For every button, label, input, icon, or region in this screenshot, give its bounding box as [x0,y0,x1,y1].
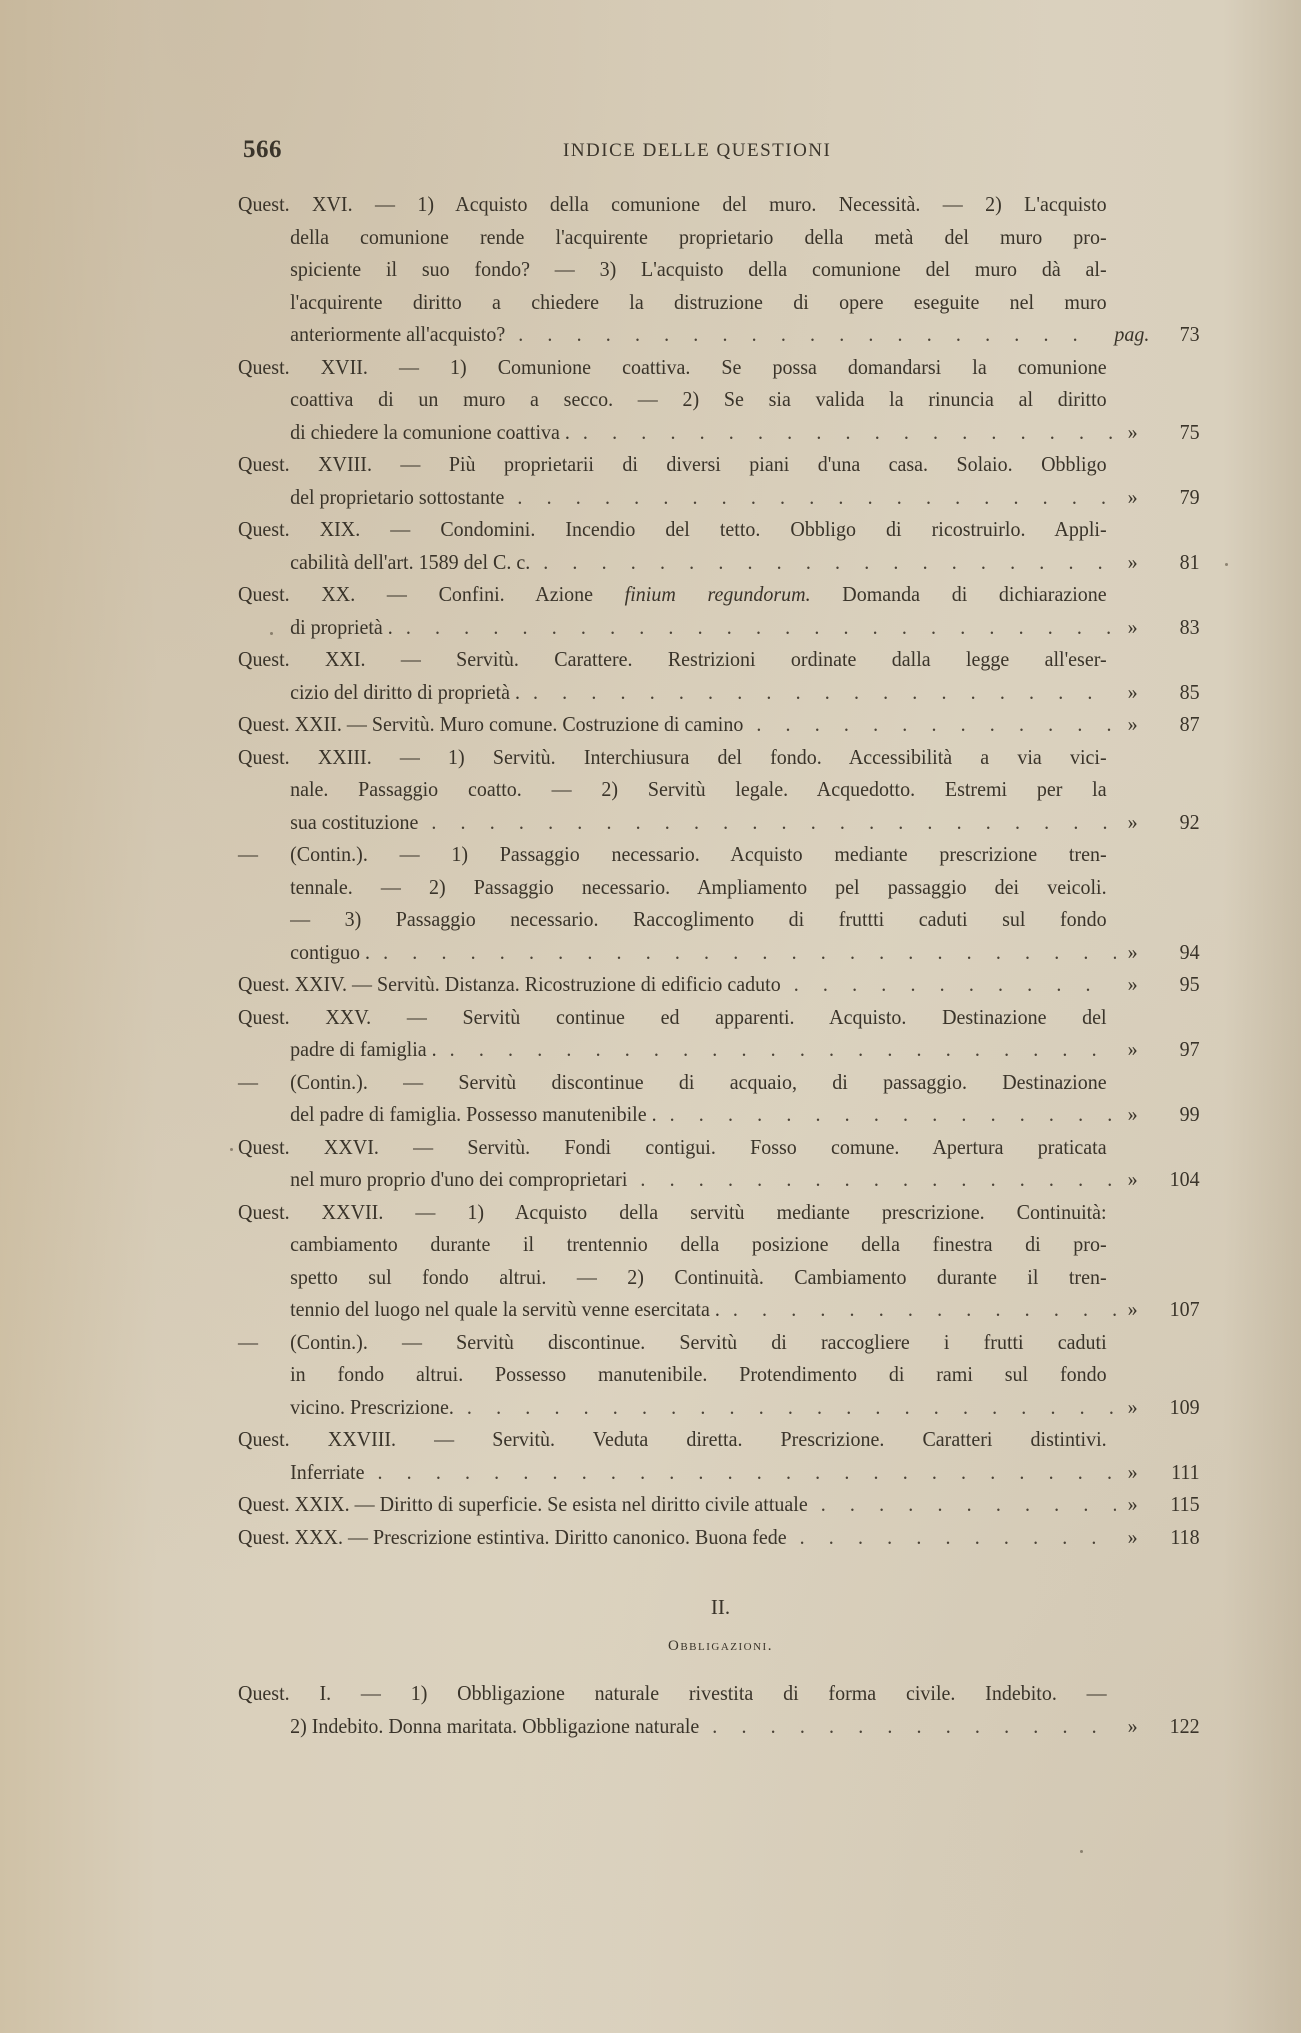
dot-leaders: .............................. [370,936,1116,969]
entry-text: — 3) Passaggio necessario. Raccoglimento… [290,903,1107,936]
ditto-mark: » [1116,1098,1149,1131]
entry-heading-line: Quest. XVI. — 1) Acquisto della comunion… [238,188,1135,221]
entry-text: della comunione rende l'acquirente propr… [290,221,1107,254]
entry-last-line: anteriormente all'acquisto?.............… [238,318,1135,351]
running-title: INDICE DELLE QUESTIONI [563,140,831,162]
section-number: II. [238,1595,1203,1620]
entry-text: (Contin.). — 1) Passaggio necessario. Ac… [290,838,1107,871]
dot-leaders: .............................. [504,481,1116,514]
entry-last-line: vicino. Prescrizione....................… [238,1391,1135,1424]
entry-text: nale. Passaggio coatto. — 2) Servitù leg… [290,773,1107,806]
toc-entry: Quest. XXIII. — 1) Servitù. Interchiusur… [238,741,1203,839]
leader-row: Quest. XXII. — Servitù. Muro comune. Cos… [238,708,1200,741]
page-ref[interactable]: 94 [1149,936,1199,969]
entry-text-line: nale. Passaggio coatto. — 2) Servitù leg… [238,773,1135,806]
entry-text: cabilità dell'art. 1589 del C. c. [290,546,530,579]
entry-text: Quest. XXV. — Servitù continue ed appare… [238,1001,1107,1034]
entry-heading-line: Quest. XIX. — Condomini. Incendio del te… [238,513,1135,546]
page-ref[interactable]: 97 [1149,1033,1199,1066]
entry-text-line: cambiamento durante il trentennio della … [238,1228,1135,1261]
ditto-mark: » [1116,1710,1149,1743]
entry-last-line: Quest. XXIX. — Diritto di superficie. Se… [238,1488,1135,1521]
leader-row: nel muro proprio d'uno dei comproprietar… [290,1163,1200,1196]
page-abbrev: pag. [1101,318,1149,351]
leader-row: Quest. XXX. — Prescrizione estintiva. Di… [238,1521,1200,1554]
ditto-mark: » [1116,1293,1149,1326]
entry-text-line: spetto sul fondo altrui. — 2) Continuità… [238,1261,1135,1294]
page-number: 566 [243,136,282,164]
entry-heading-line: Quest. XVIII. — Più proprietarii di dive… [238,448,1135,481]
entry-text: Quest. XXX. — Prescrizione estintiva. Di… [238,1521,787,1554]
toc-entry: Quest. XXV. — Servitù continue ed appare… [238,1001,1203,1066]
continuation-dash: — [238,1326,290,1359]
ditto-mark: » [1116,1456,1149,1489]
toc-entry: Quest. XVIII. — Più proprietarii di dive… [238,448,1203,513]
entry-text-pre: Quest. XX. — Confini. Azione [238,582,625,606]
entry-text-line: coattiva di un muro a secco. — 2) Se sia… [238,383,1135,416]
ditto-mark: » [1116,1391,1149,1424]
page-ref[interactable]: 95 [1149,968,1199,1001]
paper-speck [230,1148,233,1151]
entry-text: Quest. XXI. — Servitù. Carattere. Restri… [238,643,1107,676]
ditto-mark: » [1116,708,1149,741]
entry-text: tennio del luogo nel quale la servitù ve… [290,1293,720,1326]
entry-last-line: Quest. XXX. — Prescrizione estintiva. Di… [238,1521,1135,1554]
toc-entry: Quest. XXVIII. — Servitù. Veduta diretta… [238,1423,1203,1488]
entry-text: spetto sul fondo altrui. — 2) Continuità… [290,1261,1107,1294]
leader-row: cizio del diritto di proprietà .........… [290,676,1200,709]
entry-text-line: spiciente il suo fondo? — 3) L'acquisto … [238,253,1135,286]
entry-heading-line: Quest. XXI. — Servitù. Carattere. Restri… [238,643,1135,676]
dot-leaders: .............................. [393,611,1116,644]
toc-entry: Quest. XXI. — Servitù. Carattere. Restri… [238,643,1203,708]
dot-leaders: .............................. [657,1098,1116,1131]
book-page: 566 INDICE DELLE QUESTIONI Quest. XVI. —… [0,0,1301,2033]
dot-leaders: .............................. [787,1521,1116,1554]
entry-text: Quest. XXII. — Servitù. Muro comune. Cos… [238,708,743,741]
entry-heading-line: —(Contin.). — 1) Passaggio necessario. A… [238,838,1135,871]
page-ref[interactable]: 83 [1149,611,1199,644]
entry-text: Quest. XXVII. — 1) Acquisto della servit… [238,1196,1107,1229]
page-ref[interactable]: 118 [1149,1521,1199,1554]
entry-text: cambiamento durante il trentennio della … [290,1228,1107,1261]
leader-row: sua costituzione........................… [290,806,1200,839]
entry-text: Quest. XVI. — 1) Acquisto della comunion… [238,188,1107,221]
table-of-contents: Quest. XVI. — 1) Acquisto della comunion… [238,188,1203,1553]
entry-text: in fondo altrui. Possesso manutenibile. … [290,1358,1107,1391]
leader-row: anteriormente all'acquisto?.............… [290,318,1200,351]
entry-text: Quest. XXIV. — Servitù. Distanza. Ricost… [238,968,781,1001]
page-ref[interactable]: 92 [1149,806,1199,839]
toc-entry: Quest. XXII. — Servitù. Muro comune. Cos… [238,708,1203,741]
dot-leaders: .............................. [570,416,1116,449]
entry-text: Quest. XXIII. — 1) Servitù. Interchiusur… [238,741,1107,774]
page-ref[interactable]: 75 [1149,416,1199,449]
entry-text: Quest. XIX. — Condomini. Incendio del te… [238,513,1107,546]
leader-row: del padre di famiglia. Possesso manuteni… [290,1098,1200,1131]
entry-text: padre di famiglia . [290,1033,437,1066]
ditto-mark: » [1116,936,1149,969]
entry-last-line: cizio del diritto di proprietà .........… [238,676,1135,709]
entry-text: Quest. XVIII. — Più proprietarii di dive… [238,448,1107,481]
entry-text: del proprietario sottostante [290,481,504,514]
entry-last-line: del proprietario sottostante............… [238,481,1135,514]
entry-text-line: l'acquirente diritto a chiedere la distr… [238,286,1135,319]
page-ref[interactable]: 85 [1149,676,1199,709]
entry-text: Inferriate [290,1456,364,1489]
entry-last-line: di chiedere la comunione coattiva ......… [238,416,1135,449]
entry-text: nel muro proprio d'uno dei comproprietar… [290,1163,627,1196]
entry-last-line: nel muro proprio d'uno dei comproprietar… [238,1163,1135,1196]
toc-entry: Quest. XVII. — 1) Comunione coattiva. Se… [238,351,1203,449]
entry-heading-line: —(Contin.). — Servitù discontinue di acq… [238,1066,1135,1099]
entry-text: spiciente il suo fondo? — 3) L'acquisto … [290,253,1107,286]
entry-text-italic: finium regundorum. [625,582,811,606]
entry-last-line: padre di famiglia ......................… [238,1033,1135,1066]
entry-text-line: — 3) Passaggio necessario. Raccoglimento… [238,903,1135,936]
entry-text: di proprietà . [290,611,393,644]
page-ref[interactable]: 87 [1149,708,1199,741]
entry-text: Quest. XXVIII. — Servitù. Veduta diretta… [238,1423,1107,1456]
running-head: 566 INDICE DELLE QUESTIONI [243,136,1203,166]
page-ref[interactable]: 81 [1149,546,1199,579]
entry-heading-line: Quest. XX. — Confini. Azione finium regu… [238,578,1135,611]
entry-text: Quest. XXVI. — Servitù. Fondi contigui. … [238,1131,1107,1164]
entry-text: contiguo . [290,936,370,969]
entry-text: Quest. XXIX. — Diritto di superficie. Se… [238,1488,808,1521]
entry-text: tennale. — 2) Passaggio necessario. Ampl… [290,871,1107,904]
entry-text: Quest. XVII. — 1) Comunione coattiva. Se… [238,351,1107,384]
leader-row: padre di famiglia ......................… [290,1033,1200,1066]
ditto-mark: » [1116,546,1149,579]
toc-entry: Quest. XVI. — 1) Acquisto della comunion… [238,188,1203,351]
toc-entry: —(Contin.). — 1) Passaggio necessario. A… [238,838,1203,968]
entry-text-line: in fondo altrui. Possesso manutenibile. … [238,1358,1135,1391]
continuation-dash: — [238,838,290,871]
dot-leaders: .............................. [505,318,1101,351]
page-ref[interactable]: 99 [1149,1098,1199,1131]
entry-last-line: del padre di famiglia. Possesso manuteni… [238,1098,1135,1131]
dot-leaders: .............................. [364,1456,1115,1489]
dot-leaders: .............................. [808,1488,1116,1521]
entry-heading-line: Quest. XXVIII. — Servitù. Veduta diretta… [238,1423,1135,1456]
entry-text: Quest. I. — 1) Obbligazione naturale riv… [238,1677,1107,1710]
paper-speck [270,632,273,635]
toc-entry: —(Contin.). — Servitù discontinue di acq… [238,1066,1203,1131]
ditto-mark: » [1116,806,1149,839]
toc-entry: Quest. XXX. — Prescrizione estintiva. Di… [238,1521,1203,1554]
continuation-dash: — [238,1066,290,1099]
leader-row: Quest. XXIX. — Diritto di superficie. Se… [238,1488,1200,1521]
toc-entry: Quest. XXVI. — Servitù. Fondi contigui. … [238,1131,1203,1196]
entry-heading-line: Quest. XXVII. — 1) Acquisto della servit… [238,1196,1135,1229]
leader-row: contiguo ...............................… [290,936,1200,969]
entry-last-line: contiguo ...............................… [238,936,1135,969]
entry-last-line: Quest. XXIV. — Servitù. Distanza. Ricost… [238,968,1135,1001]
page-ref[interactable]: 111 [1149,1456,1199,1489]
entry-last-line: 2) Indebito. Donna maritata. Obbligazion… [238,1710,1135,1743]
entry-heading-line: Quest. I. — 1) Obbligazione naturale riv… [238,1677,1135,1710]
entry-last-line: tennio del luogo nel quale la servitù ve… [238,1293,1135,1326]
leader-row: Inferriate..............................… [290,1456,1200,1489]
entry-text: anteriormente all'acquisto? [290,318,505,351]
dot-leaders: .............................. [418,806,1116,839]
toc-entry: Quest. XXIX. — Diritto di superficie. Se… [238,1488,1203,1521]
entry-heading-line: Quest. XXVI. — Servitù. Fondi contigui. … [238,1131,1135,1164]
entry-text: (Contin.). — Servitù discontinue di acqu… [290,1066,1107,1099]
dot-leaders: .............................. [781,968,1116,1001]
dot-leaders: .............................. [530,546,1116,579]
entry-text-line: della comunione rende l'acquirente propr… [238,221,1135,254]
page-ref[interactable]: 109 [1149,1391,1199,1424]
entry-last-line: Inferriate..............................… [238,1456,1135,1489]
dot-leaders: .............................. [520,676,1116,709]
entry-text: vicino. Prescrizione. [290,1391,454,1424]
page-ref[interactable]: 115 [1149,1488,1199,1521]
section-table-of-contents: Quest. I. — 1) Obbligazione naturale riv… [238,1677,1203,1742]
entry-heading-line: —(Contin.). — Servitù discontinue. Servi… [238,1326,1135,1359]
entry-last-line: Quest. XXII. — Servitù. Muro comune. Cos… [238,708,1135,741]
ditto-mark: » [1116,1163,1149,1196]
entry-heading-line: Quest. XVII. — 1) Comunione coattiva. Se… [238,351,1135,384]
entry-text: 2) Indebito. Donna maritata. Obbligazion… [290,1710,699,1743]
page-ref[interactable]: 122 [1149,1710,1199,1743]
paper-speck [1080,1850,1083,1853]
toc-entry: —(Contin.). — Servitù discontinue. Servi… [238,1326,1203,1424]
dot-leaders: .............................. [720,1293,1116,1326]
toc-entry: Quest. XX. — Confini. Azione finium regu… [238,578,1203,643]
entry-text: del padre di famiglia. Possesso manuteni… [290,1098,657,1131]
entry-last-line: cabilità dell'art. 1589 del C. c........… [238,546,1135,579]
leader-row: vicino. Prescrizione....................… [290,1391,1200,1424]
entry-text-post: Domanda di dichiarazione [811,582,1107,606]
entry-text: sua costituzione [290,806,418,839]
ditto-mark: » [1116,416,1149,449]
ditto-mark: » [1116,1488,1149,1521]
entry-last-line: sua costituzione........................… [238,806,1135,839]
entry-heading-line: Quest. XXV. — Servitù continue ed appare… [238,1001,1135,1034]
entry-text: l'acquirente diritto a chiedere la distr… [290,286,1107,319]
leader-row: 2) Indebito. Donna maritata. Obbligazion… [290,1710,1200,1743]
ditto-mark: » [1116,1033,1149,1066]
leader-row: del proprietario sottostante............… [290,481,1200,514]
toc-entry: Quest. XXVII. — 1) Acquisto della servit… [238,1196,1203,1326]
entry-text: cizio del diritto di proprietà . [290,676,520,709]
leader-row: di proprietà ...........................… [290,611,1200,644]
entry-text: (Contin.). — Servitù discontinue. Servit… [290,1326,1107,1359]
leader-row: tennio del luogo nel quale la servitù ve… [290,1293,1200,1326]
ditto-mark: » [1116,1521,1149,1554]
dot-leaders: .............................. [627,1163,1116,1196]
ditto-mark: » [1116,611,1149,644]
entry-heading-line: Quest. XXIII. — 1) Servitù. Interchiusur… [238,741,1135,774]
section-title: Obbligazioni. [238,1638,1203,1655]
paper-speck [1225,563,1228,566]
page-ref[interactable]: 107 [1149,1293,1199,1326]
ditto-mark: » [1116,481,1149,514]
entry-text: Quest. XX. — Confini. Azione finium regu… [238,578,1107,611]
dot-leaders: .............................. [437,1033,1116,1066]
toc-entry: Quest. XXIV. — Servitù. Distanza. Ricost… [238,968,1203,1001]
leader-row: di chiedere la comunione coattiva ......… [290,416,1200,449]
dot-leaders: .............................. [699,1710,1116,1743]
entry-last-line: di proprietà ...........................… [238,611,1135,644]
leader-row: Quest. XXIV. — Servitù. Distanza. Ricost… [238,968,1200,1001]
entry-text: coattiva di un muro a secco. — 2) Se sia… [290,383,1107,416]
entry-text: di chiedere la comunione coattiva . [290,416,570,449]
toc-entry: Quest. XIX. — Condomini. Incendio del te… [238,513,1203,578]
page-ref[interactable]: 79 [1149,481,1199,514]
page-ref[interactable]: 104 [1149,1163,1199,1196]
leader-row: cabilità dell'art. 1589 del C. c........… [290,546,1200,579]
dot-leaders: .............................. [454,1391,1116,1424]
ditto-mark: » [1116,676,1149,709]
ditto-mark: » [1116,968,1149,1001]
entry-text-line: tennale. — 2) Passaggio necessario. Ampl… [238,871,1135,904]
dot-leaders: .............................. [743,708,1116,741]
page-ref[interactable]: 73 [1149,318,1199,351]
toc-entry: Quest. I. — 1) Obbligazione naturale riv… [238,1677,1203,1742]
